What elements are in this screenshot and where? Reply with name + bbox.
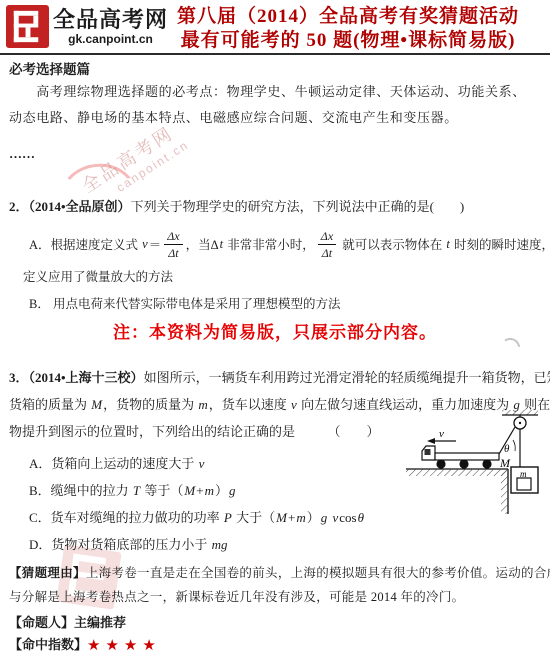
canpoint-seal-icon [6,5,49,48]
q2-option-a-line2: 定义应用了微量放大的方法 [9,265,541,289]
star-rating-icons: ★★★★ [87,638,161,653]
title-line-2: 最有可能考的 50 题(物理•课标简易版) [152,29,544,53]
velocity-label: v [439,428,444,440]
intro-line-1: 高考理综物理选择题的必考点：物理学史、牛顿运动定律、天体运动、功能关系、 [9,79,541,105]
box-mass-label: M [499,456,511,470]
intro-line-2: 动态电路、静电场的基本特点、电磁感应综合问题、交流电产生和变压器。 [9,105,541,131]
author-line: 【命题人】主编推荐 [9,611,541,634]
section-heading: 必考选择题篇 [9,61,541,79]
text-segment: 大于（ [233,510,275,525]
text-segment: M [183,483,196,498]
pulley-truck-diagram: θ v M m [404,410,546,530]
text-segment: 如图所示，一辆货车利用跨过光滑定滑轮的轻质缆绳提升一箱货物，已知 [144,370,550,385]
site-name: 全品高考网 [53,8,168,32]
reason-line-2: 与分解是上海考卷热点之一，新课标卷近几年没有涉及，可能是 2014 年的冷门。 [9,585,541,609]
sample-version-notice: 注：本资料为简易版，只展示部分内容。 [9,320,541,346]
text-segment: 3．（2014•上海十三校） [9,370,144,385]
text-segment: 就可以表示物体在 [339,235,445,253]
site-url: gk.canpoint.cn [53,32,168,46]
angle-theta: θ [504,440,515,455]
reason-line-1: 【猜题理由】上海考卷一直是走在全国卷的前头，上海的模拟题具有很大的参考价值。运动… [9,561,541,585]
text-segment: M [275,510,288,525]
text-segment: 下列关于物理学史的研究方法，下列说法中正确的是( ) [131,199,465,214]
text-segment: 非常非常小时， [224,235,315,253]
text-segment: + [196,483,203,498]
text-segment: ＝ [149,235,162,253]
document-title: 第八届（2014）全品高考有奖猜题活动 最有可能考的 50 题(物理•课标简易版… [152,5,544,53]
text-segment: M [90,397,103,412]
text-segment: D．货物对货箱底部的压力小于 [29,537,211,552]
question-2: 2．（2014•全品原创）下列关于物理学史的研究方法，下列说法中正确的是( ) … [9,197,541,316]
text-segment: A．根据速度定义式 [29,235,141,253]
text-segment: T [132,483,141,498]
guess-reason: 【猜题理由】上海考卷一直是走在全国卷的前头，上海的模拟题具有很大的参考价值。运动… [9,561,541,609]
wall [501,469,508,514]
text-segment: cos [339,510,356,525]
text-segment: ，货物的质量为 [103,397,197,412]
text-segment: g [320,510,329,525]
text-segment: 时刻的瞬时速度，该 [451,235,550,253]
title-line-1: 第八届（2014）全品高考有奖猜题活动 [152,5,544,29]
text-segment: ） [307,510,320,525]
text-segment: θ [357,510,365,525]
text-segment: mg [211,537,229,552]
text-segment: ） [215,483,228,498]
text-segment: m [204,483,215,498]
text-segment: m [295,510,306,525]
text-segment: C．货车对缆绳的拉力做功的功率 [29,510,223,525]
fraction: ΔxΔt [318,229,336,260]
text-segment: v [141,237,149,252]
text-segment: v [290,397,298,412]
q3-stem-line1: 3．（2014•上海十三校）如图所示，一辆货车利用跨过光滑定滑轮的轻质缆绳提升一… [9,364,541,391]
q2-option-a-line1: A．根据速度定义式 v＝ΔxΔt，当Δt 非常非常小时，ΔxΔt 就可以表示物体… [9,223,541,265]
text-segment: A．货箱向上运动的速度大于 [29,456,198,471]
text-segment: P [223,510,233,525]
text-segment: 【猜题理由】 [9,566,86,580]
site-logo: 全品高考网 gk.canpoint.cn [6,5,152,48]
text-segment: g [228,483,237,498]
pulley-icon [514,417,526,429]
text-segment: B．缆绳中的拉力 [29,483,132,498]
q2-stem: 2．（2014•全品原创）下列关于物理学史的研究方法，下列说法中正确的是( ) [9,197,541,217]
logo-text: 全品高考网 gk.canpoint.cn [53,8,168,46]
rating-label: 【命中指数】 [9,637,87,652]
q3-option-d: D．货物对货箱底部的压力小于 mg [9,531,541,558]
text-segment: m [197,397,208,412]
text-segment: 2．（2014•全品原创） [9,199,131,214]
text-segment: ，货车以速度 [209,397,290,412]
truck [422,446,499,469]
fraction: ΔxΔt [164,229,182,260]
content-area: 必考选择题篇 高考理综物理选择题的必考点：物理学史、牛顿运动定律、天体运动、功能… [0,61,550,653]
velocity-arrow: v [427,428,456,444]
document-page: 全品高考网 gk.canpoint.cn 第八届（2014）全品高考有奖猜题活动… [0,0,550,653]
ground [406,469,508,476]
page-header: 全品高考网 gk.canpoint.cn 第八届（2014）全品高考有奖猜题活动… [0,0,550,55]
text-segment: v [198,456,206,471]
text-segment: 上海考卷一直是走在全国卷的前头，上海的模拟题具有很大的参考价值。运动的合成 [86,566,550,580]
text-segment: ，当Δ [186,235,219,253]
text-segment: 等于（ [141,483,183,498]
inner-mass-label: m [520,469,527,479]
text-segment: 货箱的质量为 [9,397,90,412]
rating-line: 【命中指数】★★★★ [9,634,541,653]
angle-label: θ [504,443,510,455]
q2-option-b: B． 用点电荷来代替实际带电体是采用了理想模型的方法 [9,292,541,316]
ellipsis-mark: …… [9,145,541,163]
